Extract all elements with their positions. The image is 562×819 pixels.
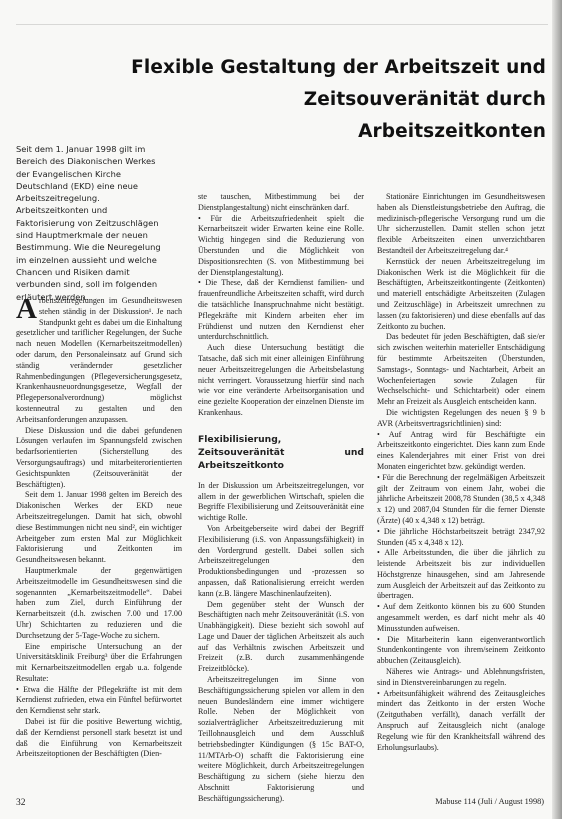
bullet-item: • Alle Arbeitsstunden, die über die jähr… [377, 548, 545, 602]
paragraph: Dabei ist für die positive Bewertung wic… [16, 717, 182, 760]
paragraph: Arbeitszeitregelungen im Sinne von Besch… [198, 675, 364, 805]
paragraph: Das bedeutet für jeden Beschäftigten, da… [377, 332, 545, 408]
page-spine-shadow [552, 0, 562, 819]
paragraph: Die wichtigsten Regelungen des neuen § 9… [377, 408, 545, 430]
bullet-item: • Arbeitsunfähigkeit während des Zeitaus… [377, 689, 545, 754]
paragraph: Näheres wie Antrags- und Ablehnungsfrist… [377, 667, 545, 689]
paragraph: Eine empirische Untersuchung an der Univ… [16, 642, 182, 685]
paragraph: ste tauschen, Mitbestimmung bei der Dien… [198, 192, 364, 214]
document-page: . Flexible Gestaltung der Arbeitszeit un… [0, 0, 562, 819]
paragraph: Hauptmerkmale der gegenwärtigen Arbeitsz… [16, 566, 182, 642]
title-line-2: Zeitsouveränität durch Arbeitszeitkonten [126, 84, 546, 148]
paragraph: Diese Diskussion und die dabei gefundene… [16, 426, 182, 491]
paragraph: Auch diese Untersuchung bestätigt die Ta… [198, 343, 364, 419]
paragraph: Von Arbeitgeberseite wird dabei der Begr… [198, 524, 364, 600]
bullet-item: • Etwa die Hälfte der Pflegekräfte ist m… [16, 685, 182, 717]
title-bullet: . [132, 52, 139, 84]
paragraph: Seit dem 1. Januar 1998 gelten im Bereic… [16, 490, 182, 566]
lead-paragraph: Seit dem 1. Januar 1998 gilt im Bereich … [16, 143, 168, 303]
section-heading: Flexibilisierung, Zeitsouveränität und A… [198, 433, 364, 472]
bullet-item: • Für die Arbeitszufriedenheit spielt di… [198, 214, 364, 279]
column-2: ste tauschen, Mitbestimmung bei der Dien… [198, 192, 364, 805]
drop-cap: A [16, 298, 37, 320]
bullet-item: • Für die Berechnung der regelmäßigen Ar… [377, 473, 545, 527]
title-line-1: Flexible Gestaltung der Arbeitszeit und [126, 52, 546, 84]
bullet-item: • Die jährliche Höchstarbeitszeit beträg… [377, 527, 545, 549]
column-1: Arbeitszeitregelungen im Gesundheitswese… [16, 296, 182, 760]
bullet-item: • Auf Antrag wird für Beschäftigte ein A… [377, 430, 545, 473]
paragraph: Stationäre Einrichtungen im Gesundheitsw… [377, 192, 545, 257]
bullet-item: • Auf dem Zeitkonto können bis zu 600 St… [377, 602, 545, 634]
paragraph: Arbeitszeitregelungen im Gesundheitswese… [16, 296, 182, 426]
paragraph: In der Diskussion um Arbeitszeitregelung… [198, 481, 364, 524]
bullet-item: • Die These, daß der Kerndienst familien… [198, 278, 364, 343]
issue-reference: Mabuse 114 (Juli / August 1998) [435, 797, 544, 806]
page-number: 32 [16, 798, 26, 808]
top-rule [16, 24, 548, 25]
paragraph: Kernstück der neuen Arbeitszeitregelung … [377, 257, 545, 333]
article-title: . Flexible Gestaltung der Arbeitszeit un… [126, 52, 546, 148]
bullet-item: • Die Mitarbeiterin kann eigenverantwort… [377, 635, 545, 667]
column-3: Stationäre Einrichtungen im Gesundheitsw… [377, 192, 545, 753]
paragraph: Dem gegenüber steht der Wunsch der Besch… [198, 600, 364, 676]
